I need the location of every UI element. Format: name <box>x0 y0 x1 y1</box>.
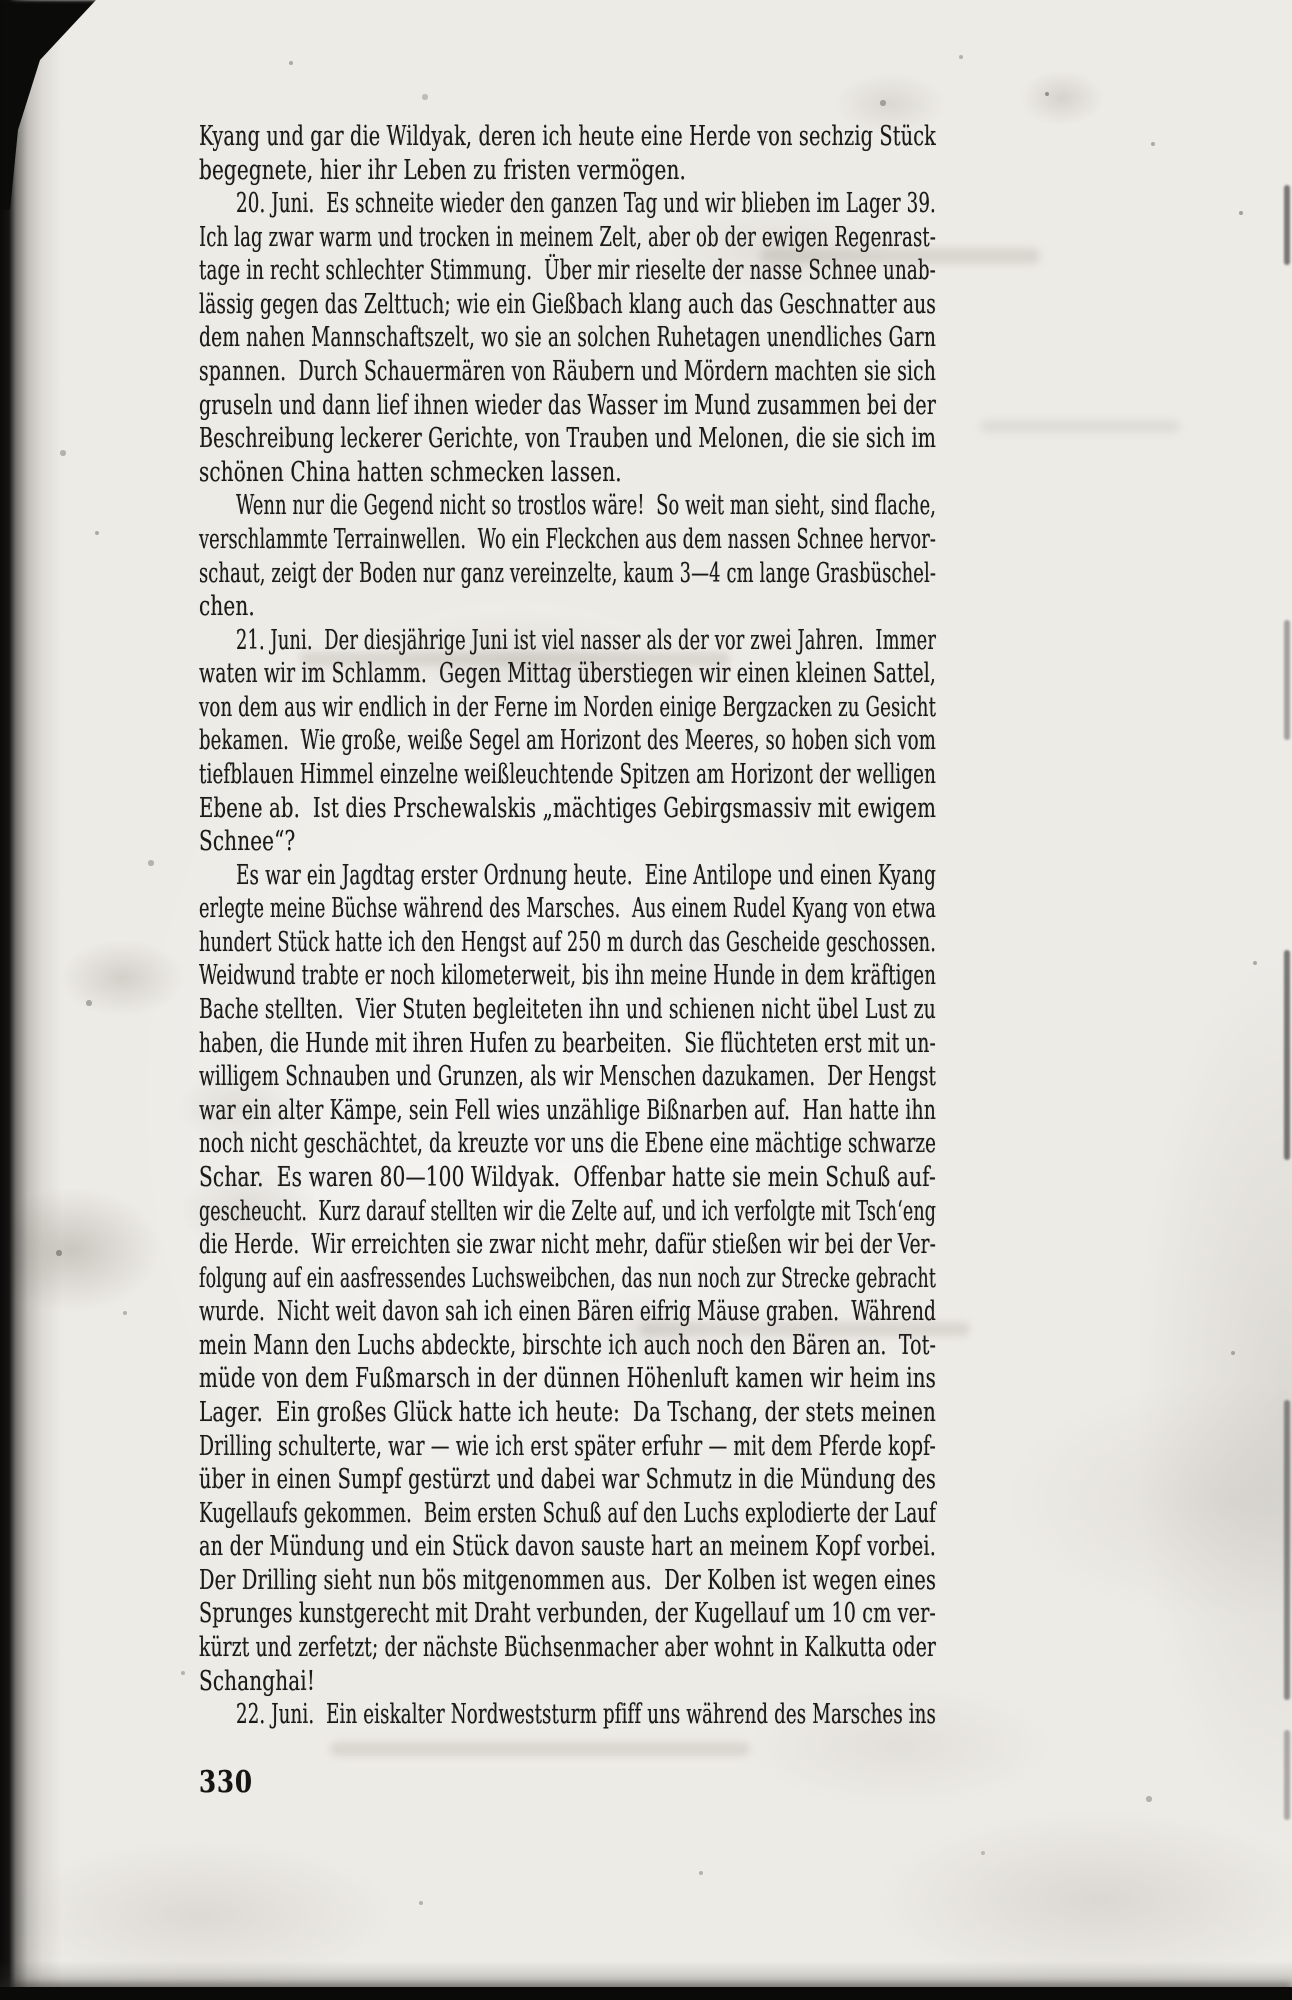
text-line: lässig gegen das Zelttuch; wie ein Gießb… <box>199 288 936 322</box>
text-line: willigem Schnauben und Grunzen, als wir … <box>199 1060 936 1094</box>
scan-bottom-fade <box>0 1961 1292 1987</box>
text-line: Schar. Es waren 80—100 Wildyak. Offenbar… <box>199 1161 936 1195</box>
text-line: dem nahen Mannschaftszelt, wo sie an sol… <box>199 321 936 355</box>
text-line: war ein alter Kämpe, sein Fell wies unzä… <box>199 1094 936 1128</box>
text-line: 20. Juni. Es schneite wieder den ganzen … <box>199 187 936 221</box>
scan-right-edge-mark <box>1284 185 1290 265</box>
text-line: Beschreibung leckerer Gerichte, von Trau… <box>199 422 936 456</box>
text-line: begegnete, hier ihr Leben zu fristen ver… <box>199 154 936 188</box>
text-line: die Herde. Wir erreichten sie zwar nicht… <box>199 1228 936 1262</box>
text-line: tage in recht schlechter Stimmung. Über … <box>199 254 936 288</box>
text-line: bekamen. Wie große, weiße Segel am Horiz… <box>199 724 936 758</box>
text-line: tiefblauen Himmel einzelne weißleuchtend… <box>199 758 936 792</box>
text-line: wurde. Nicht weit davon sah ich einen Bä… <box>199 1295 936 1329</box>
text-line: von dem aus wir endlich in der Ferne im … <box>199 691 936 725</box>
text-line: haben, die Hunde mit ihren Hufen zu bear… <box>199 1027 936 1061</box>
text-line: über in einen Sumpf gestürzt und dabei w… <box>199 1463 936 1497</box>
scanned-book-page: Kyang und gar die Wildyak, deren ich heu… <box>0 0 1292 2000</box>
text-line: erlegte meine Büchse während des Marsche… <box>199 892 936 926</box>
text-line: spannen. Durch Schauermären von Räubern … <box>199 355 936 389</box>
text-line: mein Mann den Luchs abdeckte, birschte i… <box>199 1329 936 1363</box>
text-line: müde von dem Fußmarsch in der dünnen Höh… <box>199 1362 936 1396</box>
text-line: hundert Stück hatte ich den Hengst auf 2… <box>199 926 936 960</box>
dust-specks <box>0 0 2 2</box>
scan-left-edge-shadow <box>0 0 62 2000</box>
text-line: schaut, zeigt der Boden nur ganz vereinz… <box>199 557 936 591</box>
text-line: Drilling schulterte, war — wie ich erst … <box>199 1430 936 1464</box>
text-line: Ich lag zwar warm und trocken in meinem … <box>199 221 936 255</box>
text-line: Es war ein Jagdtag erster Ordnung heute.… <box>199 859 936 893</box>
scan-right-edge-mark <box>1284 950 1290 1160</box>
page-number: 330 <box>199 1765 253 1800</box>
text-line: gescheucht. Kurz darauf stellten wir die… <box>199 1195 936 1229</box>
scan-right-edge-mark <box>1284 1730 1290 1820</box>
text-line: Bache stellten. Vier Stuten begleiteten … <box>199 993 936 1027</box>
text-line: Sprunges kunstgerecht mit Draht verbunde… <box>199 1597 936 1631</box>
text-line: kürzt und zerfetzt; der nächste Büchsenm… <box>199 1631 936 1665</box>
text-line: Kyang und gar die Wildyak, deren ich heu… <box>199 120 936 154</box>
scan-bottom-edge <box>0 1987 1292 2000</box>
scan-right-edge-mark <box>1284 1400 1290 1700</box>
text-line: Der Drilling sieht nun bös mitgenommen a… <box>199 1564 936 1598</box>
text-line: an der Mündung und ein Stück davon saust… <box>199 1530 936 1564</box>
text-line: chen. <box>199 590 936 624</box>
text-line: Schanghai! <box>199 1665 936 1699</box>
verso-text-smudge <box>330 1742 750 1756</box>
text-line: folgung auf ein aasfressendes Luchsweibc… <box>199 1262 936 1296</box>
text-line: Lager. Ein großes Glück hatte ich heute:… <box>199 1396 936 1430</box>
text-line: waten wir im Schlamm. Gegen Mittag übers… <box>199 657 936 691</box>
scan-top-left-corner <box>0 0 100 210</box>
text-line: gruseln und dann lief ihnen wieder das W… <box>199 389 936 423</box>
text-line: Kugellaufs gekommen. Beim ersten Schuß a… <box>199 1497 936 1531</box>
verso-text-smudge <box>980 420 1180 433</box>
text-line: Weidwund trabte er noch kilometerweit, b… <box>199 959 936 993</box>
text-line: Ebene ab. Ist dies Prschewalskis „mächti… <box>199 792 936 826</box>
text-line: Schnee“? <box>199 825 936 859</box>
text-line: Wenn nur die Gegend nicht so trostlos wä… <box>199 489 936 523</box>
text-line: verschlammte Terrainwellen. Wo ein Fleck… <box>199 523 936 557</box>
text-line: 21. Juni. Der diesjährige Juni ist viel … <box>199 624 936 658</box>
text-line: schönen China hatten schmecken lassen. <box>199 456 936 490</box>
scan-right-edge-mark <box>1284 620 1290 740</box>
text-line: 22. Juni. Ein eiskalter Nordweststurm pf… <box>199 1698 936 1732</box>
text-line: noch nicht geschächtet, da kreuzte vor u… <box>199 1127 936 1161</box>
page-text-block: Kyang und gar die Wildyak, deren ich heu… <box>199 120 936 1732</box>
